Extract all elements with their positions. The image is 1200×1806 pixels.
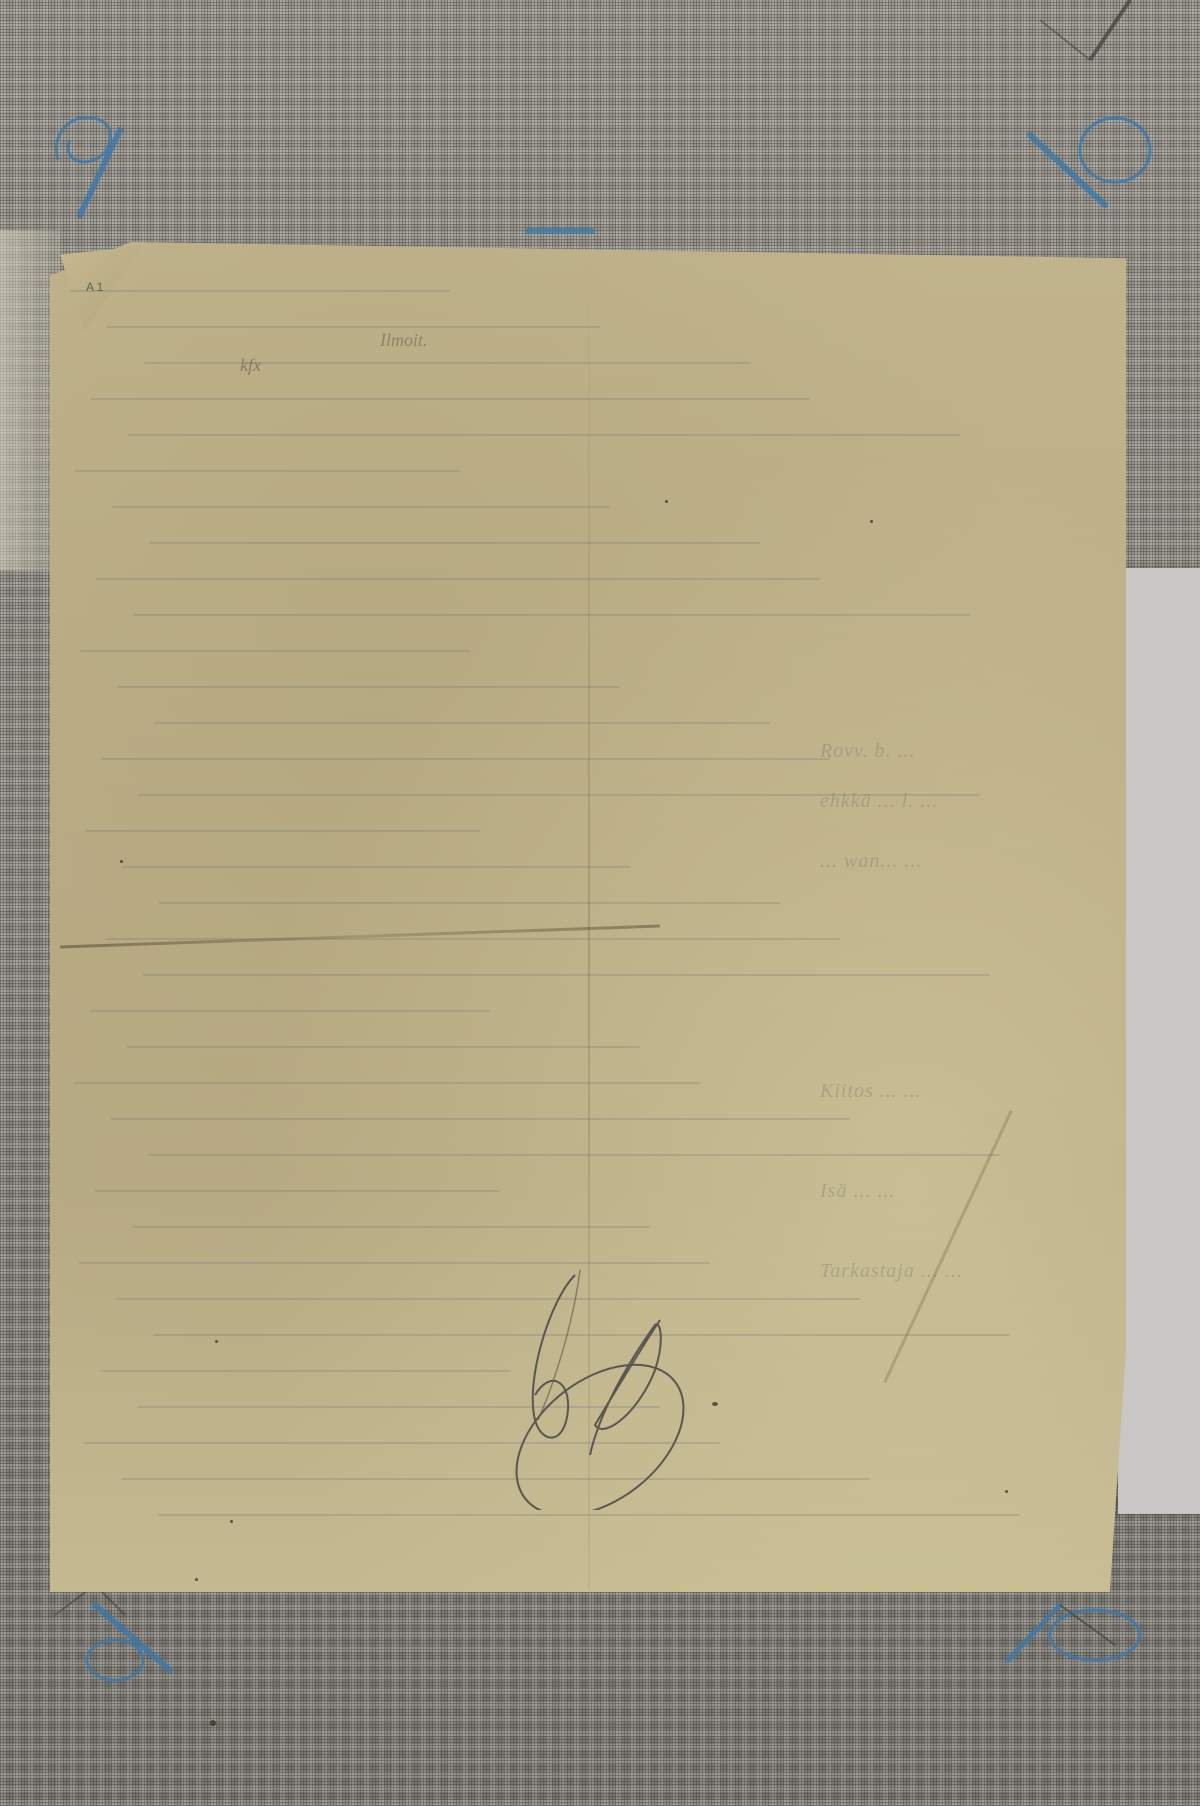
bleed-through-line — [80, 650, 470, 652]
bleed-through-line — [101, 758, 830, 760]
registration-mark-bottom-left-icon — [55, 1585, 195, 1695]
bleed-through-line — [154, 722, 770, 724]
bleed-through-line — [112, 506, 610, 508]
bleed-through-line — [74, 1082, 700, 1084]
bleed-through-text: Isä ... ... — [820, 1180, 895, 1203]
bleed-through-line — [122, 866, 630, 868]
faint-header-text: Ilmoit. — [380, 330, 428, 351]
bleed-through-text: Tarkastaja ... ... — [820, 1260, 963, 1283]
bleed-through-line — [128, 434, 960, 436]
bleed-through-line — [79, 1262, 710, 1264]
bleed-through-line — [127, 1046, 640, 1048]
bleed-through-line — [144, 362, 750, 364]
page-number-annotation: 60 — [490, 1270, 730, 1510]
bleed-through-line — [75, 470, 460, 472]
bleed-through-line — [106, 938, 840, 940]
blue-pencil-stroke — [525, 228, 595, 234]
bleed-through-line — [90, 1010, 490, 1012]
bleed-through-text: ... wan... ... — [820, 850, 922, 873]
circled-60-icon — [490, 1270, 730, 1510]
page-number-text: 60 — [490, 1270, 491, 1271]
registration-mark-top-right-icon — [1010, 0, 1170, 220]
pencil-smudge-text: kfx — [240, 355, 261, 376]
bleed-through-line — [117, 686, 620, 688]
bleed-through-line — [70, 290, 450, 292]
bleed-through-line — [100, 1370, 510, 1372]
bleed-through-text: Kiitos ... ... — [820, 1080, 922, 1103]
bleed-through-line — [116, 1298, 860, 1300]
bleed-through-text: ehkkä ... l. ... — [820, 790, 938, 813]
bleed-through-line — [96, 578, 820, 580]
bleed-through-line — [158, 1514, 1020, 1516]
bleed-through-line — [143, 974, 990, 976]
bleed-through-line — [91, 398, 810, 400]
registration-mark-bottom-right-icon — [1000, 1600, 1150, 1680]
bleed-through-line — [95, 1190, 500, 1192]
bleed-through-line — [149, 542, 760, 544]
bleed-through-line — [133, 614, 970, 616]
bleed-through-line — [148, 1154, 1000, 1156]
bleed-through-line — [111, 1118, 850, 1120]
backing-sheet — [1118, 568, 1200, 1514]
bleed-through-line — [132, 1226, 650, 1228]
registration-mark-top-left-icon — [40, 100, 150, 220]
bleed-through-line — [159, 902, 780, 904]
bleed-through-text: Rovv. b. ... — [820, 740, 916, 763]
bleed-through-line — [107, 326, 600, 328]
bleed-through-line — [85, 830, 480, 832]
